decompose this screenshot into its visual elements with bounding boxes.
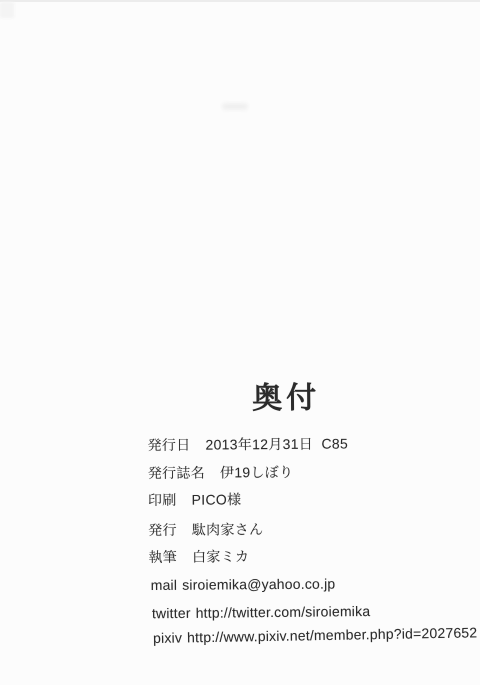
contact-row-pixiv: pixiv http://www.pixiv.net/member.php?id… [153,624,478,646]
contact-value-email: siroiemika@yahoo.co.jp [182,576,335,594]
contact-row-mail: mail siroiemika@yahoo.co.jp [151,576,336,594]
contact-label: mail [151,577,178,594]
info-row-publisher: 発行 駄肉家さん [148,521,263,539]
colophon-content: 奥付 発行日 2013年12月31日 C85 発行誌名 伊19しぼり 印刷 PI… [0,0,480,685]
info-label: 印刷 [148,492,177,509]
info-label: 執筆 [148,549,177,566]
info-value: 白家ミカ [192,548,249,565]
contact-value-pixiv-url: http://www.pixiv.net/member.php?id=20276… [187,624,478,646]
info-label: 発行誌名 [148,465,205,482]
contact-row-twitter: twitter http://twitter.com/siroiemika [152,603,371,622]
colophon-page: 奥付 発行日 2013年12月31日 C85 発行誌名 伊19しぼり 印刷 PI… [0,0,480,685]
contact-label: pixiv [153,629,182,646]
contact-value-twitter-url: http://twitter.com/siroiemika [196,603,371,622]
contact-label: twitter [152,605,191,622]
colophon-title: 奥付 [252,382,320,417]
info-label: 発行 [148,522,177,539]
info-row-printer: 印刷 PICO様 [148,491,241,509]
info-value: 伊19しぼり [220,464,294,481]
info-value: PICO様 [192,491,242,508]
info-row-publication-date: 発行日 2013年12月31日 C85 [148,435,349,453]
info-label: 発行日 [148,437,191,454]
info-value: 2013年12月31日 C85 [205,435,348,453]
info-value: 駄肉家さん [192,521,264,538]
info-row-author: 執筆 白家ミカ [148,548,249,566]
info-row-publication-name: 発行誌名 伊19しぼり [148,464,294,482]
